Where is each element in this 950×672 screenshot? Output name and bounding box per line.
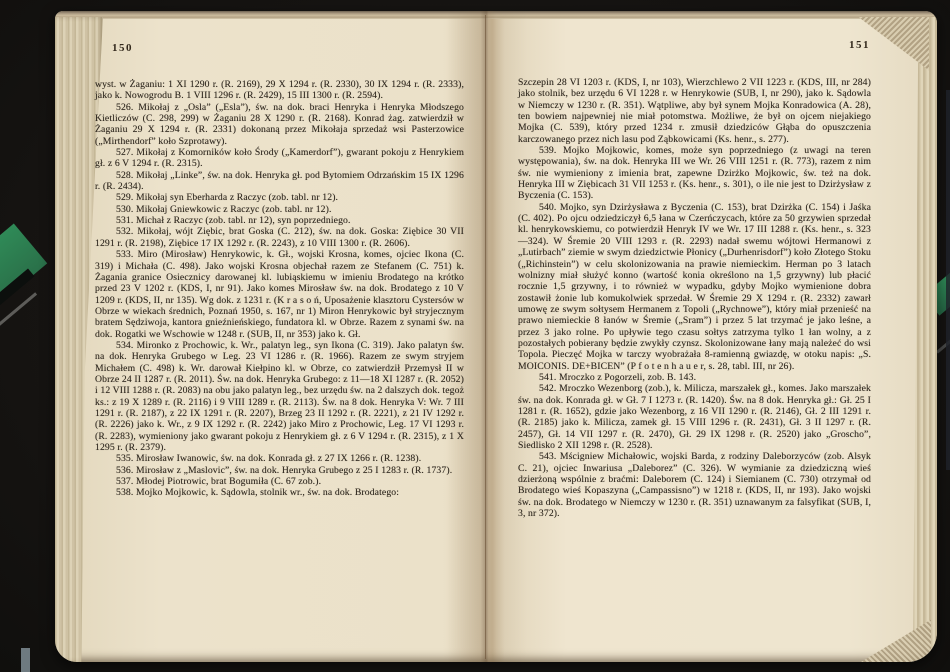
paragraph: wyst. w Żaganiu: 1 XI 1290 r. (R. 2169),… bbox=[95, 79, 464, 102]
paragraph: 534. Mironko z Prochowic, k. Wr., palaty… bbox=[95, 340, 464, 453]
paragraph: 526. Mikołaj z „Osla” („Esla”), św. na d… bbox=[95, 102, 464, 147]
paragraph: 528. Mikołaj „Linke”, św. na dok. Henryk… bbox=[95, 170, 464, 193]
paragraph: 529. Mikołaj syn Eberharda z Raczyc (zob… bbox=[95, 192, 464, 203]
paragraph: Szczepin 28 VI 1203 r. (KDS, I, nr 103),… bbox=[518, 77, 871, 145]
paragraph: 543. Mścigniew Michałowic, wojski Barda,… bbox=[518, 451, 871, 519]
paragraph: 527. Mikołaj z Komorników koło Środy („K… bbox=[95, 147, 464, 170]
paragraph: 541. Mroczko z Pogorzeli, zob. B. 143. bbox=[518, 372, 871, 383]
paragraph: 540. Mojko, syn Dzirżysława z Byczenia (… bbox=[518, 202, 871, 372]
paragraph: 538. Mojko Mojkowic, k. Sądowla, stolnik… bbox=[95, 487, 464, 498]
page-number-left: 150 bbox=[112, 42, 133, 54]
photo-background: 150 151 wyst. w Żaganiu: 1 XI 1290 r. (R… bbox=[0, 0, 950, 672]
paragraph: 532. Mikołaj, wójt Ziębic, brat Goska (C… bbox=[95, 226, 464, 249]
paragraph: 530. Mikołaj Gniewkowic z Raczyc (zob. t… bbox=[95, 204, 464, 215]
paragraph: 531. Michał z Raczyc (zob. tabl. nr 12),… bbox=[95, 215, 464, 226]
page-edges-right bbox=[907, 17, 937, 662]
page-text-right: Szczepin 28 VI 1203 r. (KDS, I, nr 103),… bbox=[518, 77, 871, 519]
page-number-right: 151 bbox=[790, 39, 870, 51]
paragraph: 537. Młodej Piotrowic, brat Bogumiła (C.… bbox=[95, 476, 464, 487]
book-gutter-crease bbox=[485, 15, 486, 659]
paragraph: 533. Miro (Mirosław) Henrykowic, k. Gł.,… bbox=[95, 249, 464, 340]
paragraph: 536. Mirosław z „Maslovic”, św. na dok. … bbox=[95, 465, 464, 476]
background-sliver-right bbox=[946, 90, 950, 470]
paragraph: 542. Mroczko Wezenborg (zob.), k. Milicz… bbox=[518, 383, 871, 451]
open-book: 150 151 wyst. w Żaganiu: 1 XI 1290 r. (R… bbox=[55, 11, 937, 662]
gray-bar-bottom-left bbox=[21, 648, 30, 672]
paragraph: 539. Mojko Mojkowic, komes, może syn pop… bbox=[518, 145, 871, 202]
paragraph: 535. Mirosław Iwanowic, św. na dok. Konr… bbox=[95, 453, 464, 464]
page-text-left: wyst. w Żaganiu: 1 XI 1290 r. (R. 2169),… bbox=[95, 79, 464, 499]
